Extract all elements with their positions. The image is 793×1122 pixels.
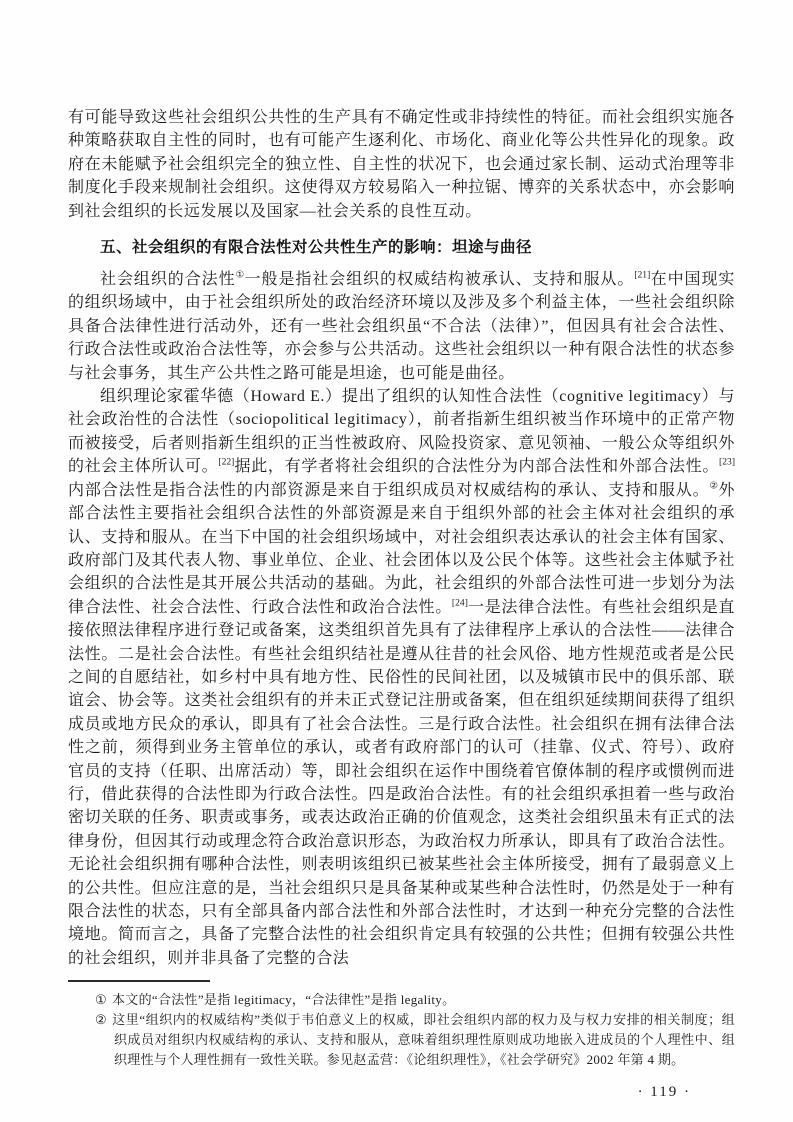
superscript-reference: [22] [218, 457, 234, 468]
footnote-separator-rule [68, 980, 210, 982]
footnote-text: 这里“组织内的权威结构”类似于韦伯意义上的权威，即社会组织内部的权力及与权力安排… [112, 1012, 735, 1067]
footnote-item: ②这里“组织内的权威结构”类似于韦伯意义上的权威，即社会组织内部的权力及与权力安… [68, 1010, 735, 1070]
body-paragraph-continuation: 有可能导致这些社会组织公共性的生产具有不确定性或非持续性的特征。而社会组织实施各… [68, 106, 735, 223]
superscript-reference: [24] [452, 597, 468, 608]
footnote-text: 本文的“合法性”是指 legitimacy，“合法律性”是指 legality。 [112, 992, 455, 1007]
footnote-item: ①本文的“合法性”是指 legitimacy，“合法律性”是指 legality… [68, 990, 735, 1010]
article-page: 有可能导致这些社会组织公共性的生产具有不确定性或非持续性的特征。而社会组织实施各… [0, 0, 793, 1122]
section-heading: 五、社会组织的有限合法性对公共性生产的影响：坦途与曲径 [68, 237, 735, 259]
body-paragraph-legitimacy-types: 组织理论家霍华德（Howard E.）提出了组织的认知性合法性（cognitiv… [68, 385, 735, 970]
footnote-marker: ① [95, 992, 107, 1007]
page-number: · 119 · [68, 1084, 735, 1101]
superscript-reference: ② [710, 480, 719, 491]
page-content: 有可能导致这些社会组织公共性的生产具有不确定性或非持续性的特征。而社会组织实施各… [68, 106, 735, 1101]
superscript-reference: [23] [719, 457, 735, 468]
body-paragraph-legitimacy-intro: 社会组织的合法性①一般是指社会组织的权威结构被承认、支持和服从。[21]在中国现… [68, 268, 735, 385]
superscript-reference: [21] [634, 270, 650, 281]
superscript-reference: ① [236, 270, 245, 281]
footnote-marker: ② [95, 1012, 107, 1027]
